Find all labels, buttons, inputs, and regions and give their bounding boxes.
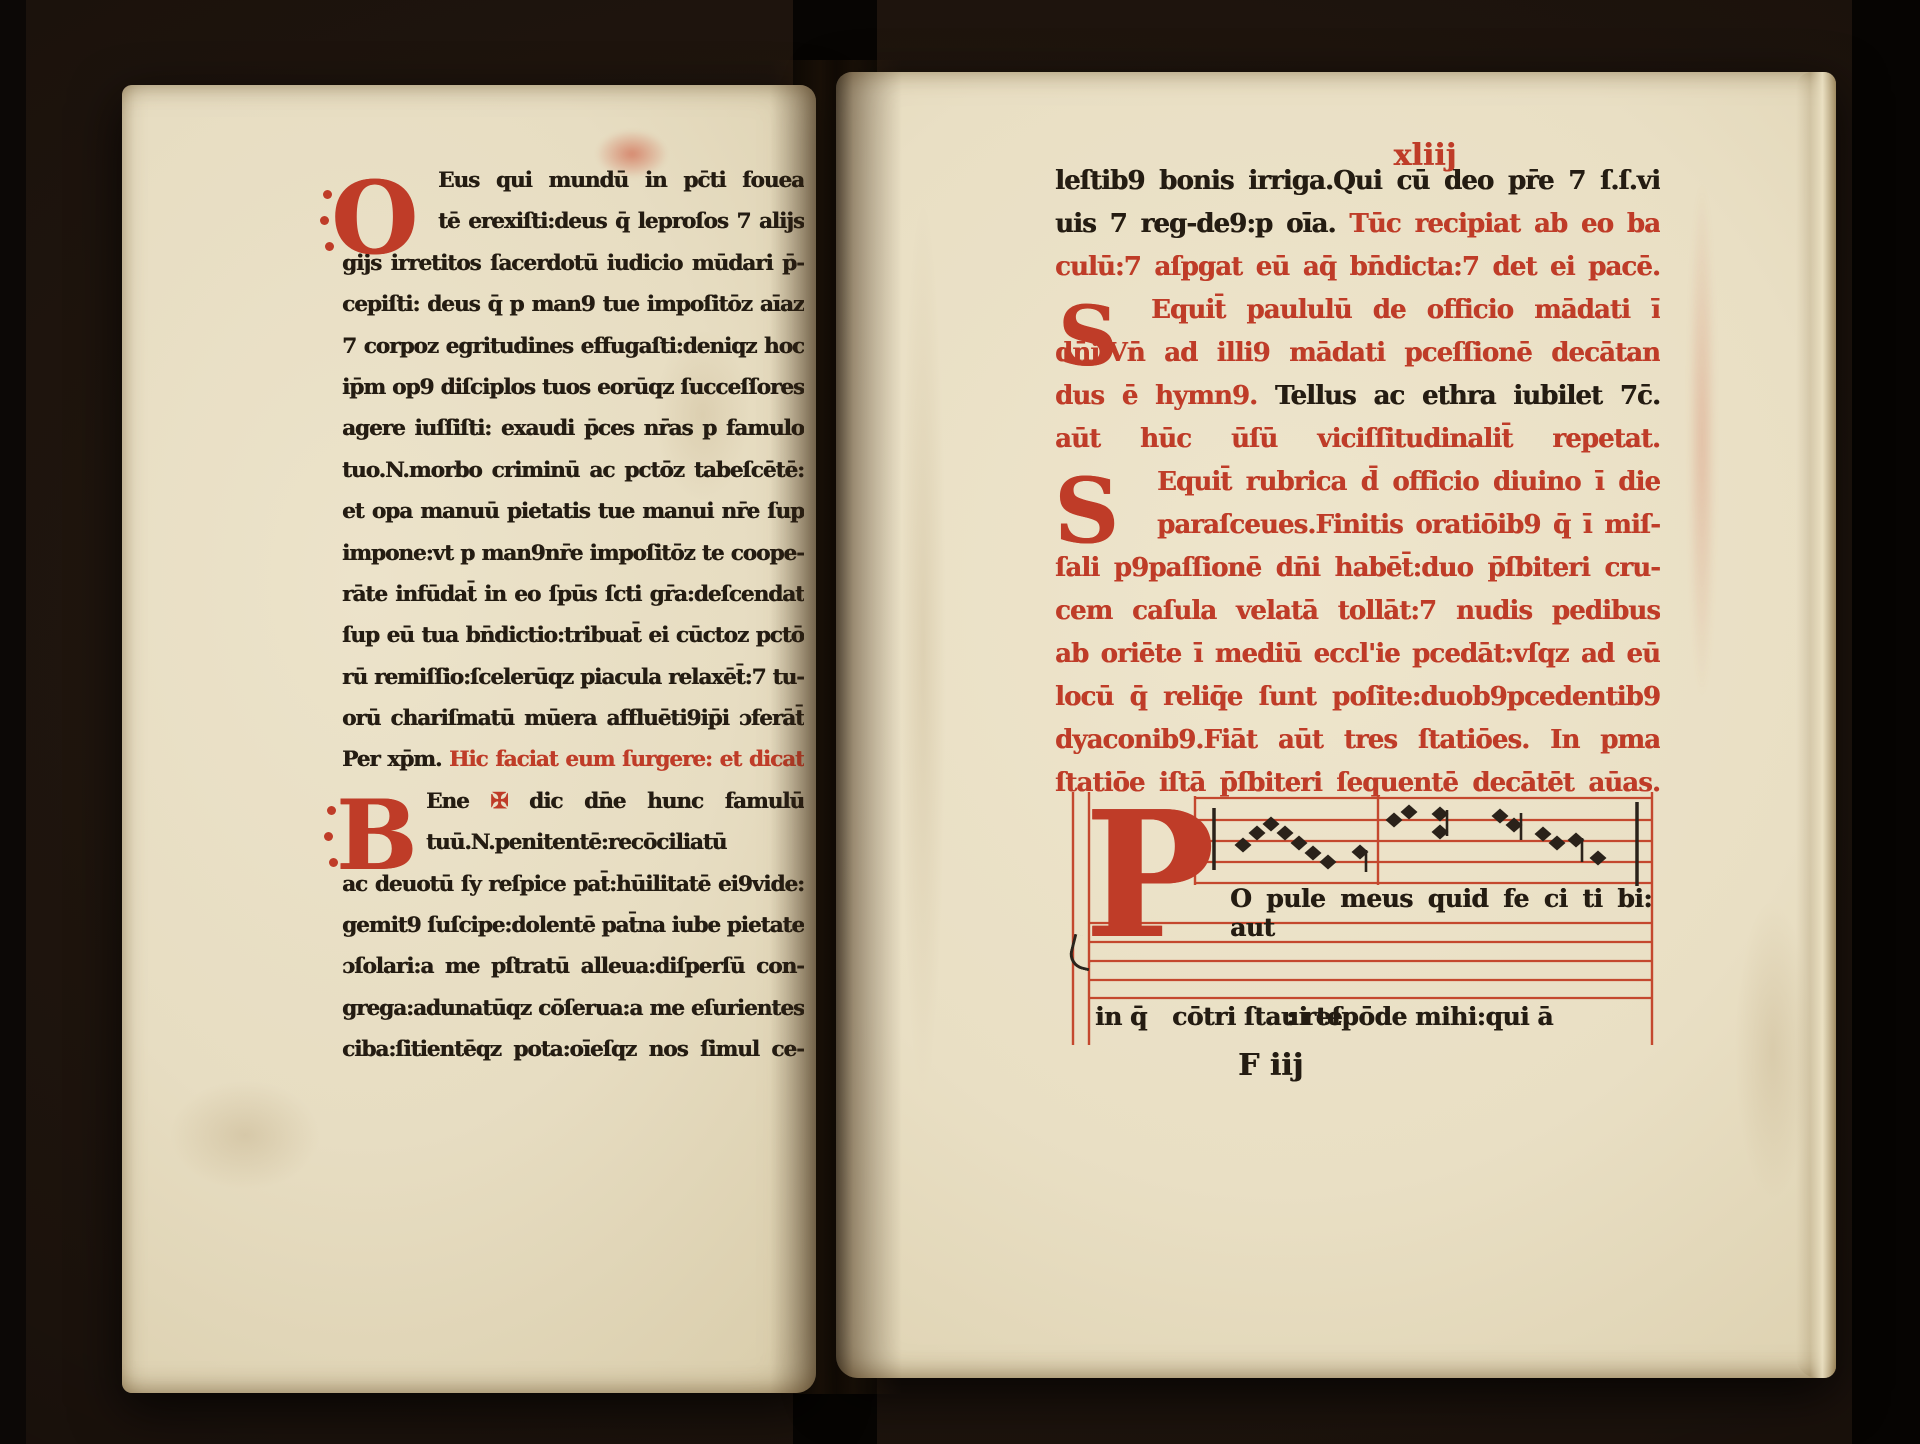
neume bbox=[1305, 846, 1322, 861]
text-line: dn̄i.Vn̄ ad illi9 mādati pceſſionē decāt… bbox=[1055, 332, 1660, 375]
text-line: grega:adunatūqz cōſerua:a me eſurientes bbox=[342, 988, 804, 1029]
text-line: Equit̄ rubrica d̄ officio diuino ī die bbox=[1055, 461, 1660, 504]
chant-lyric-line-2c: : reſpōde mihi:qui ā bbox=[1286, 1002, 1553, 1031]
text-line: tuo.N.morbo criminū ac pctōz tabeſcētē: bbox=[342, 450, 804, 491]
text-line: orū chariſmatū mūera affluēti9ip̄i ɔferā… bbox=[342, 698, 804, 739]
background-edge-right bbox=[1852, 0, 1920, 1444]
text-line: ɔſolari:a me pſtratū alleua:diſperſū con… bbox=[342, 946, 804, 987]
neume bbox=[1235, 838, 1252, 853]
text-line: cem caſula velatā tollāt:7 nudis pedibus bbox=[1055, 590, 1660, 633]
left-text-column: Eus qui mundū in pc̄ti fouea iacentē ere… bbox=[342, 160, 804, 1071]
text-line: gemit9 ſuſcipe:dolentē pat̄na iube pieta… bbox=[342, 905, 804, 946]
text-line: ip̄m op9 diſciplos tuos eorūqz ſucceſſor… bbox=[342, 367, 804, 408]
right-text-column: leſtib9 bonis irriga.Qui cū deo pr̄e 7 ſ… bbox=[1055, 160, 1660, 805]
text-line: ciba:ſitientēqz pota:oīeſqz nos ſimul ce… bbox=[342, 1029, 804, 1070]
text-line: paraſceues.Finitis oratiōib9 q̄ ī miſ- bbox=[1055, 504, 1660, 547]
drop-cap-flourish-dots bbox=[323, 190, 332, 199]
chant-lyric-line-2a: in q̄ bbox=[1095, 1002, 1147, 1031]
drop-cap-P-popule: P bbox=[1084, 794, 1215, 959]
text-line: dus ē hymn9. Tellus ac ethra iubilet 7c̄… bbox=[1055, 375, 1660, 418]
neume bbox=[1492, 809, 1509, 824]
drop-cap-flourish-dots bbox=[327, 806, 336, 815]
neume bbox=[1291, 836, 1308, 851]
signature-mark: F iij bbox=[1238, 1048, 1303, 1083]
text-line: uis 7 reg-de9:p oīa. Tūc recipiat ab eo … bbox=[1055, 203, 1660, 246]
neume bbox=[1401, 805, 1418, 820]
neume bbox=[1249, 826, 1266, 841]
text-line: cepiſti: deus q̄ p man9 tue impoſitōz aī… bbox=[342, 284, 804, 325]
neume bbox=[1263, 817, 1280, 832]
neume bbox=[1535, 827, 1552, 842]
neume bbox=[1277, 826, 1294, 841]
text-line: aūt hūc ūſū viciſſitudinalit̄ repetat. bbox=[1055, 418, 1660, 461]
text-line: ſup eū tua bn̄dictio:tribuat̄ ei cūctoz … bbox=[342, 615, 804, 656]
drop-cap-O: O bbox=[331, 168, 418, 268]
text-line: locū q̄ reliq̄e ſunt poſite:duob9pcedent… bbox=[1055, 676, 1660, 719]
text-line: impone:vt p man9nr̄e impoſitōz te coope- bbox=[342, 533, 804, 574]
text-line: rāte infūdat̄ in eo ſpūs ſcti gr̄a:deſce… bbox=[342, 574, 804, 615]
text-line: ab oriēte ī mediū eccl'ie pcedāt:vſqz ad… bbox=[1055, 633, 1660, 676]
text-line: Per xp̄m. Hic faciat eum ſurgere: et dic… bbox=[342, 739, 804, 780]
text-line: culū:7 aſpgat eū aq̄ bn̄dicta:7 det ei p… bbox=[1055, 246, 1660, 289]
background-edge-left bbox=[0, 0, 26, 1444]
neume bbox=[1320, 855, 1337, 870]
neume bbox=[1549, 836, 1566, 851]
book-scan: { "book": { "colors": { "red_ink": "#bf3… bbox=[0, 0, 1920, 1444]
text-line: et opa manuū pietatis tue manui nr̄e ſup bbox=[342, 491, 804, 532]
chant-lyric-line-1: O pule meus quid fe ci ti bi: aut bbox=[1230, 884, 1652, 942]
neume bbox=[1386, 813, 1403, 828]
text-line: ſali p9paſſionē dn̄i habēt̄:duo p̄ſbiter… bbox=[1055, 547, 1660, 590]
text-line: 7 corpoz egritudines effugaſti:deniqz ho… bbox=[342, 326, 804, 367]
neume bbox=[1590, 851, 1607, 866]
drop-cap-B: B bbox=[336, 788, 417, 884]
text-line: rū remiſſio:ſcelerūqz piacula relaxēt̄:7… bbox=[342, 657, 804, 698]
text-line: Equit̄ paululū de officio mādati ī cena bbox=[1055, 289, 1660, 332]
text-line: agere iuſſiſti: exaudi p̄ces nr̄as p fam… bbox=[342, 408, 804, 449]
text-line: leſtib9 bonis irriga.Qui cū deo pr̄e 7 ſ… bbox=[1055, 160, 1660, 203]
text-line: dyaconib9.Fiāt aūt tres ſtatiōes. In pma bbox=[1055, 719, 1660, 762]
